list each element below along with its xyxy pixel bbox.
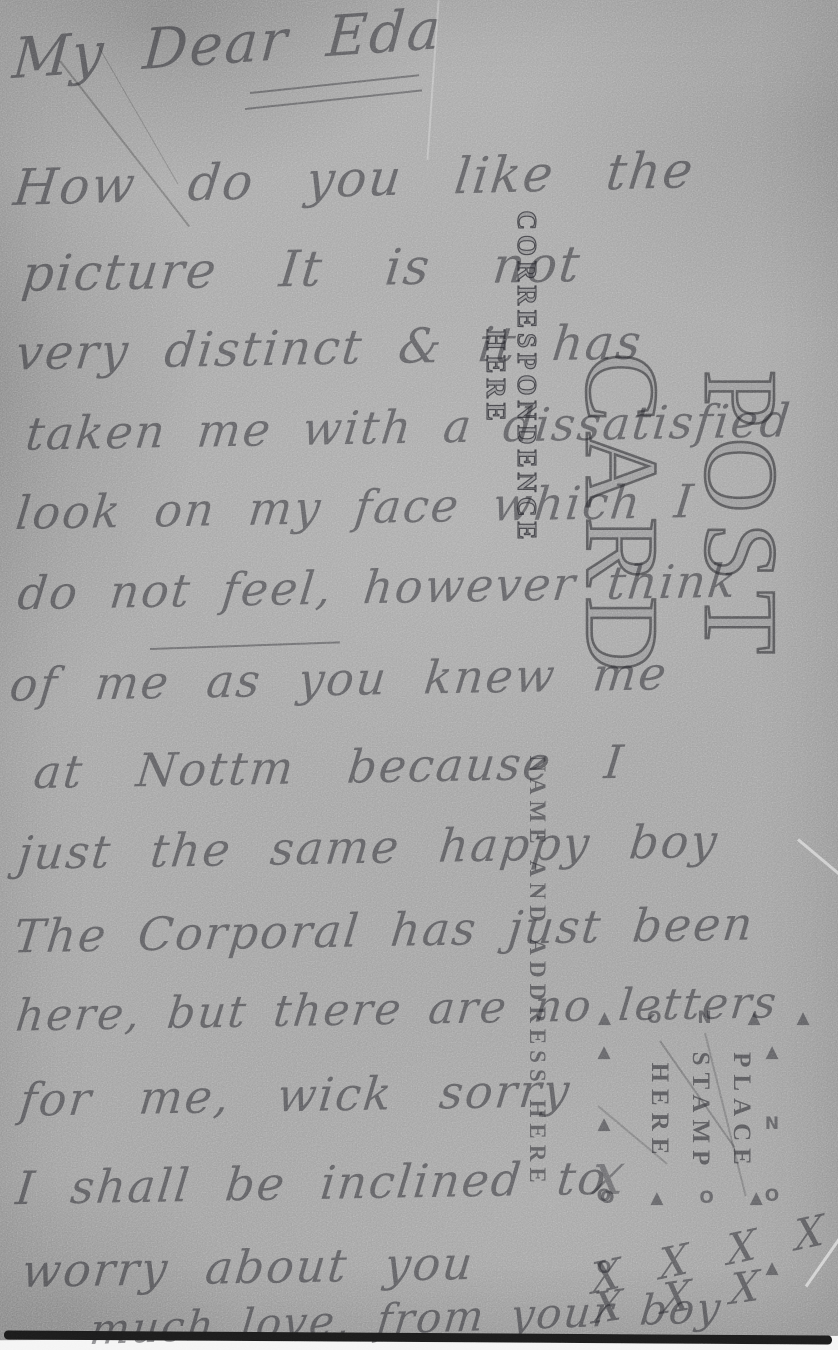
- stamp-border-bottom: O ▲ O ▲: [600, 1188, 778, 1208]
- postcard-scan: CORRESPONDENCE HERE POST CARD NAME AND A…: [0, 0, 838, 1350]
- handwriting-line: very distinct & it has: [13, 314, 645, 381]
- post-card-title: POST CARD: [688, 172, 800, 862]
- stamp-word-place: PLACE: [721, 1028, 762, 1196]
- stamp-word-here: HERE: [639, 1028, 680, 1196]
- stamp-word-stamp: STAMP: [680, 1028, 721, 1196]
- handwriting-line: for me, wick sorry: [17, 1063, 574, 1127]
- pencil-x-mark: x: [588, 1140, 630, 1209]
- handwriting-line: at Nottm because I: [31, 735, 627, 799]
- handwriting-line: I shall be inclined to: [13, 1151, 610, 1215]
- handwriting-line: worry about you: [19, 1236, 477, 1298]
- handwriting-line: picture It is not: [19, 235, 584, 303]
- place-stamp-here-label: PLACE STAMP HERE: [636, 1028, 762, 1196]
